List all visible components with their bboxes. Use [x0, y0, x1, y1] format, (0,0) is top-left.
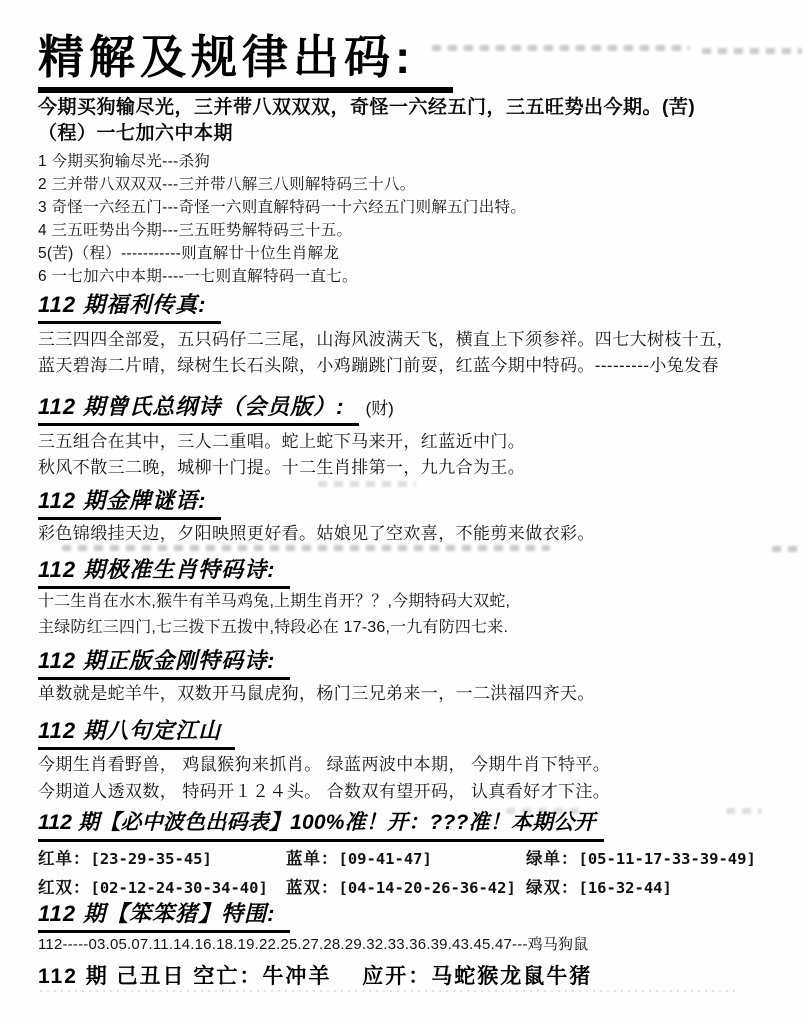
intro-paragraph: 今期买狗输尽光，三并带八双双双，奇怪一六经五门，三五旺势出今期。(苦) （程）一…: [38, 95, 783, 147]
section-bajv-body: 今期生肖看野兽， 鸡鼠猴狗来抓肖。 绿蓝两波中本期， 今期牛肖下特平。 今期道人…: [38, 751, 783, 805]
wave-row-doubles: 红双：[02-12-24-30-34-40] 蓝双：[04-14-20-26-3…: [38, 874, 783, 903]
section-jinpai-body: 彩色锦缎挂天边，夕阳映照更好看。姑娘见了空欢喜，不能剪来做衣彩。: [38, 521, 783, 547]
section-jizhun-body: 十二生肖在水木,猴牛有羊马鸡兔,上期生肖开？？,今期特码大双蛇, 主绿防红三四门…: [38, 589, 783, 641]
poem-line: 单数就是蛇羊牛，双数开马鼠虎狗，杨门三兄弟来一，一二洪福四齐天。: [38, 681, 783, 707]
section-heading: 112 期【笨笨猪】特围:: [38, 901, 290, 933]
poem-line: 今期道人透双数， 特码开１２４头。 合数双有望开码， 认真看好才下注。: [38, 778, 783, 805]
poem-line: 主绿防红三四门,七三拨下五拨中,特段必在 17-36,一九有防四七来.: [38, 615, 783, 641]
intro-line: （程）一七加六中本期: [38, 121, 783, 147]
wave-cell-red-single: 红单：[23-29-35-45]: [38, 845, 286, 874]
rule-item: 4 三五旺势出今期---三五旺势解特码三十五。: [38, 219, 783, 242]
document-page: 精解及规律出码: 今期买狗输尽光，三并带八双双双，奇怪一六经五门，三五旺势出今期…: [0, 0, 805, 1024]
wave-cell-green-single: 绿单：[05-11-17-33-39-49]: [526, 845, 756, 874]
scan-artifact: [772, 546, 798, 552]
section-zengshi-zonggang: 112 期曾氏总纲诗（会员版）:(财): [38, 394, 783, 426]
section-heading: 112 期金牌谜语:: [38, 488, 221, 520]
scan-artifact: [318, 481, 416, 487]
poem-line: 三三四四全部爱，五只码仔二三尾，山海风波满天飞，横直上下须参祥。四七大树枝十五，: [38, 327, 783, 353]
rule-item: 5(苦)（程）-----------则直解廿十位生肖解龙: [38, 242, 783, 265]
rule-item: 3 奇怪一六经五门---奇怪一六则直解特码一十六经五门则解五门出特。: [38, 196, 783, 219]
section-heading: 112 期福利传真:: [38, 292, 221, 324]
rule-item: 2 三并带八双双双---三并带八解三八则解特码三十八。: [38, 173, 783, 196]
rule-item: 6 一七加六中本期----一七则直解特码一直七。: [38, 265, 783, 288]
scan-artifact: [40, 990, 740, 992]
section-fuli-chuanzhen: 112 期福利传真:: [38, 292, 783, 324]
wave-cell-blue-single: 蓝单：[09-41-47]: [286, 845, 526, 874]
section-heading: 112 期正版金刚特码诗:: [38, 648, 290, 680]
wave-row-singles: 红单：[23-29-35-45] 蓝单：[09-41-47] 绿单：[05-11…: [38, 845, 783, 874]
section-jinpai-miyu: 112 期金牌谜语:: [38, 488, 783, 520]
intro-line: 今期买狗输尽光，三并带八双双双，奇怪一六经五门，三五旺势出今期。(苦): [38, 95, 783, 121]
poem-line: 十二生肖在水木,猴牛有羊马鸡兔,上期生肖开？？,今期特码大双蛇,: [38, 589, 783, 615]
section-heading: 112 期曾氏总纲诗（会员版）:: [38, 394, 359, 426]
footer-summary: 112 期 己丑日 空亡：牛冲羊 应开：马蛇猴龙鼠牛猪: [38, 960, 783, 990]
poem-line: 秋风不散三二晚，城柳十门提。十二生肖排第一，九九合为王。: [38, 455, 783, 481]
scan-artifact: [62, 545, 550, 551]
rule-item: 1 今期买狗输尽光---杀狗: [38, 150, 783, 173]
section-jizhun-shengxiao: 112 期极准生肖特码诗:: [38, 557, 783, 589]
wave-cell-green-double: 绿双：[16-32-44]: [526, 874, 672, 903]
page-title: 精解及规律出码:: [38, 32, 453, 93]
wave-cell-blue-double: 蓝双：[04-14-20-26-36-42]: [286, 874, 526, 903]
poem-line: 今期生肖看野兽， 鸡鼠猴狗来抓肖。 绿蓝两波中本期， 今期牛肖下特平。: [38, 751, 783, 778]
poem-line: 蓝天碧海二片晴，绿树生长石头隙，小鸡蹦跳门前耍，红蓝今期中特码。--------…: [38, 353, 783, 379]
section-heading-suffix: (财): [366, 399, 394, 418]
section-fuli-body: 三三四四全部爱，五只码仔二三尾，山海风波满天飞，横直上下须参祥。四七大树枝十五，…: [38, 327, 783, 379]
section-heading: 112 期【必中波色出码表】100%准！开：???准！本期公开: [38, 810, 604, 842]
rules-list: 1 今期买狗输尽光---杀狗 2 三并带八双双双---三并带八解三八则解特码三十…: [38, 150, 783, 288]
section-benbenzhu-body: 112-----03.05.07.11.14.16.18.19.22.25.27…: [38, 933, 783, 954]
section-bajv-jiangshan: 112 期八句定江山: [38, 718, 783, 750]
section-jingang-body: 单数就是蛇羊牛，双数开马鼠虎狗，杨门三兄弟来一，一二洪福四齐天。: [38, 681, 783, 707]
wave-table: 红单：[23-29-35-45] 蓝单：[09-41-47] 绿单：[05-11…: [38, 845, 783, 903]
section-bose-table: 112 期【必中波色出码表】100%准！开：???准！本期公开: [38, 810, 783, 842]
section-heading: 112 期八句定江山: [38, 718, 235, 750]
special-numbers-line: 112-----03.05.07.11.14.16.18.19.22.25.27…: [38, 933, 783, 954]
section-benbenzhu: 112 期【笨笨猪】特围:: [38, 901, 783, 933]
section-zengshi-body: 三五组合在其中，三人二重唱。蛇上蛇下马来开，红蓝近中门。 秋风不散三二晚，城柳十…: [38, 429, 783, 481]
poem-line: 三五组合在其中，三人二重唱。蛇上蛇下马来开，红蓝近中门。: [38, 429, 783, 455]
footer-line: 112 期 己丑日 空亡：牛冲羊 应开：马蛇猴龙鼠牛猪: [38, 960, 783, 990]
wave-cell-red-double: 红双：[02-12-24-30-34-40]: [38, 874, 286, 903]
section-heading: 112 期极准生肖特码诗:: [38, 557, 290, 589]
poem-line: 彩色锦缎挂天边，夕阳映照更好看。姑娘见了空欢喜，不能剪来做衣彩。: [38, 521, 783, 547]
section-jingang-tema: 112 期正版金刚特码诗:: [38, 648, 783, 680]
